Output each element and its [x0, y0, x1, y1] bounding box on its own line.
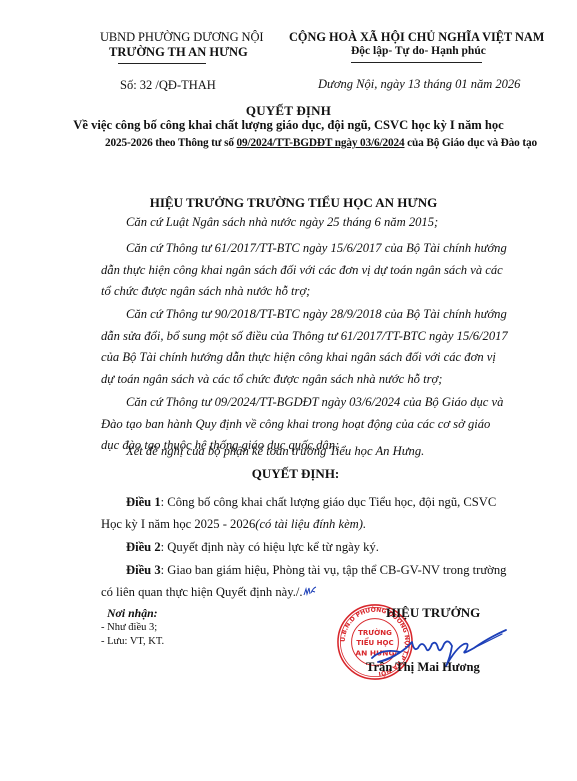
preamble-paragraph: Xét đề nghị của bộ phận kế toán trường T… — [101, 441, 560, 463]
preamble-line: Căn cứ Thông tư 90/2018/TT-BTC ngày 28/9… — [101, 304, 560, 326]
article-line: Điều 3: Giao ban giám hiệu, Phòng tài vụ… — [101, 560, 560, 582]
article-line: có liên quan thực hiện Quyết định này./. — [101, 582, 560, 604]
article-note: (có tài liệu đính kèm). — [255, 517, 366, 531]
signer-name: Trần Thị Mai Hương — [366, 660, 480, 675]
subject-line-1: Về việc công bố công khai chất lượng giá… — [0, 118, 577, 133]
article-text: có liên quan thực hiện Quyết định này./. — [101, 585, 303, 599]
preamble-paragraph: Căn cứ Thông tư 61/2017/TT-BTC ngày 15/6… — [101, 238, 560, 303]
article-text: : Quyết định này có hiệu lực kể từ ngày … — [161, 540, 379, 554]
issuing-authority: HIỆU TRƯỞNG TRƯỜNG TIỂU HỌC AN HƯNG — [0, 195, 577, 211]
preamble-line: dự toán ngân sách và các tổ chức được ng… — [101, 369, 560, 391]
preamble-line: Xét đề nghị của bộ phận kế toán trường T… — [101, 441, 560, 463]
preamble-line: Căn cứ Thông tư 09/2024/TT-BGDĐT ngày 03… — [101, 392, 560, 414]
article-label: Điều 2 — [126, 540, 161, 554]
document-type-title: QUYẾT ĐỊNH — [0, 103, 577, 119]
recipients-block: Nơi nhận: - Như điều 3; - Lưu: VT, KT. — [101, 606, 164, 649]
article-2: Điều 2: Quyết định này có hiệu lực kể từ… — [101, 537, 560, 559]
organization-name: TRƯỜNG TH AN HƯNG — [109, 45, 248, 60]
decision-heading: QUYẾT ĐỊNH: — [0, 466, 577, 482]
article-text: Học kỳ I năm học 2025 - 2026 — [101, 517, 255, 531]
article-text: : Công bố công khai chất lượng giáo dục … — [161, 495, 497, 509]
article-line: Điều 2: Quyết định này có hiệu lực kể từ… — [101, 537, 560, 559]
recipient-item: - Như điều 3; — [101, 621, 164, 635]
motto-underline — [351, 62, 482, 63]
organization-underline — [118, 63, 206, 64]
preamble-line: của Bộ Tài chính hướng dẫn thực hiện côn… — [101, 347, 560, 369]
preamble-line: dẫn sửa đổi, bổ sung một số điều của Thô… — [101, 326, 560, 348]
document-number: Số: 32 /QĐ-THAH — [120, 78, 216, 93]
article-line: Học kỳ I năm học 2025 - 2026(có tài liệu… — [101, 514, 560, 536]
preamble-paragraph: Căn cứ Thông tư 90/2018/TT-BTC ngày 28/9… — [101, 304, 560, 390]
article-1: Điều 1: Công bố công khai chất lượng giá… — [101, 492, 560, 535]
article-3: Điều 3: Giao ban giám hiệu, Phòng tài vụ… — [101, 560, 560, 603]
national-motto: Độc lập- Tự do- Hạnh phúc — [351, 45, 486, 57]
subject-line-2-pre: 2025-2026 theo Thông tư số — [105, 137, 237, 149]
organization-parent: UBND PHƯỜNG DƯƠNG NỘI — [100, 30, 263, 45]
recipient-item: - Lưu: VT, KT. — [101, 635, 164, 649]
article-label: Điều 1 — [126, 495, 161, 509]
subject-line-2-post: của Bộ Giáo dục và Đào tạo — [405, 137, 537, 149]
initial-mark-icon — [303, 586, 317, 596]
subject-line-2: 2025-2026 theo Thông tư số 09/2024/TT-BG… — [105, 137, 537, 149]
circular-reference: 09/2024/TT-BGDĐT ngày 03/6/2024 — [237, 137, 405, 149]
preamble-paragraph: Căn cứ Luật Ngân sách nhà nước ngày 25 t… — [101, 212, 560, 234]
preamble-line: tổ chức được ngân sách nhà nước hỗ trợ; — [101, 281, 560, 303]
preamble-line: Đào tạo ban hành Quy định về công khai t… — [101, 414, 560, 436]
national-title: CỘNG HOÀ XÃ HỘI CHỦ NGHĨA VIỆT NAM — [289, 30, 544, 45]
preamble-line: dẫn thực hiện công khai ngân sách đối vớ… — [101, 260, 560, 282]
preamble-line: Căn cứ Thông tư 61/2017/TT-BTC ngày 15/6… — [101, 238, 560, 260]
article-text: : Giao ban giám hiệu, Phòng tài vụ, tập … — [161, 563, 507, 577]
preamble-line: Căn cứ Luật Ngân sách nhà nước ngày 25 t… — [101, 212, 560, 234]
recipients-title: Nơi nhận: — [107, 606, 164, 620]
place-date: Dương Nội, ngày 13 tháng 01 năm 2026 — [318, 77, 520, 92]
article-label: Điều 3 — [126, 563, 161, 577]
article-line: Điều 1: Công bố công khai chất lượng giá… — [101, 492, 560, 514]
